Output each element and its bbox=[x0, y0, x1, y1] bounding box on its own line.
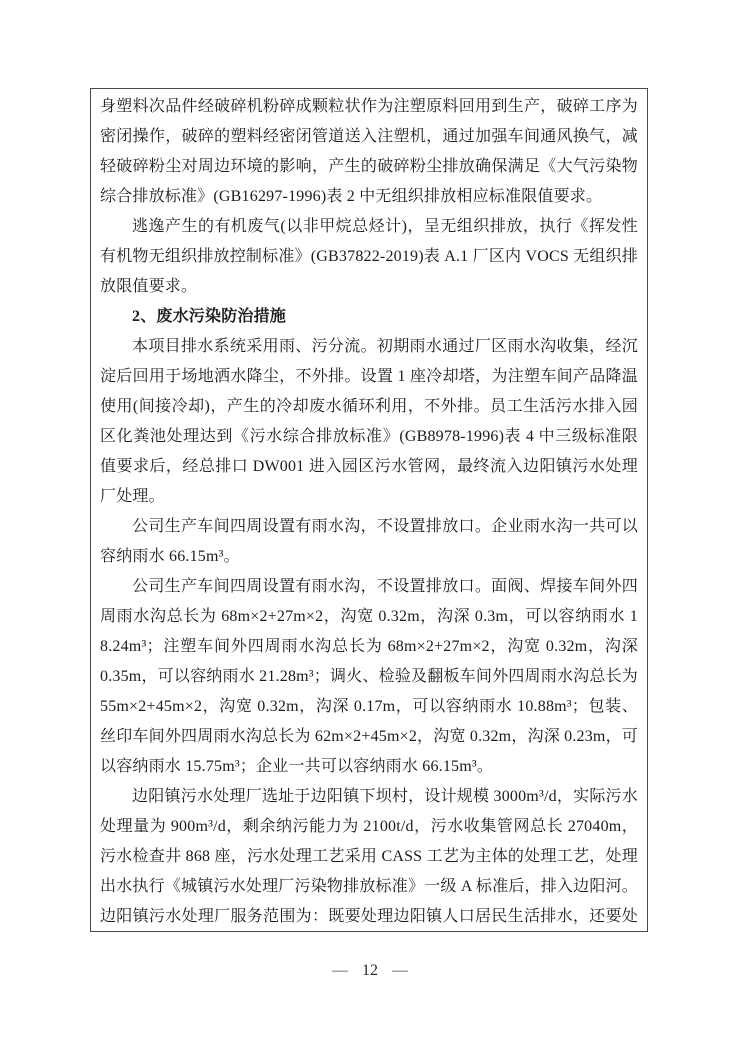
document-page: 身塑料次品件经破碎机粉碎成颗粒状作为注塑原料回用到生产，破碎工序为密闭操作，破碎… bbox=[0, 0, 740, 1046]
section-heading-wastewater-measures: 2、废水污染防治措施 bbox=[100, 302, 638, 332]
content-border-box: 身塑料次品件经破碎机粉碎成颗粒状作为注塑原料回用到生产，破碎工序为密闭操作，破碎… bbox=[90, 88, 648, 932]
paragraph-dust-control-continued: 身塑料次品件经破碎机粉碎成颗粒状作为注塑原料回用到生产，破碎工序为密闭操作，破碎… bbox=[100, 92, 638, 212]
page-footer: —12— bbox=[0, 962, 740, 980]
paragraph-organic-waste-gas: 逃逸产生的有机废气(以非甲烷总烃计)，呈无组织排放，执行《挥发性有机物无组织排放… bbox=[100, 212, 638, 302]
footer-dash-left: — bbox=[332, 962, 348, 980]
paragraph-rainwater-ditch-details: 公司生产车间四周设置有雨水沟，不设置排放口。面阀、焊接车间外四周雨水沟总长为 6… bbox=[100, 572, 638, 782]
paragraph-sewage-treatment-plant: 边阳镇污水处理厂选址于边阳镇下坝村，设计规模 3000m³/d，实际污水处理量为… bbox=[100, 782, 638, 932]
paragraph-drainage-system: 本项目排水系统采用雨、污分流。初期雨水通过厂区雨水沟收集，经沉淀后回用于场地洒水… bbox=[100, 332, 638, 512]
footer-dash-right: — bbox=[392, 962, 408, 980]
page-number: 12 bbox=[362, 962, 378, 980]
paragraph-rainwater-ditch-capacity: 公司生产车间四周设置有雨水沟，不设置排放口。企业雨水沟一共可以容纳雨水 66.1… bbox=[100, 512, 638, 572]
